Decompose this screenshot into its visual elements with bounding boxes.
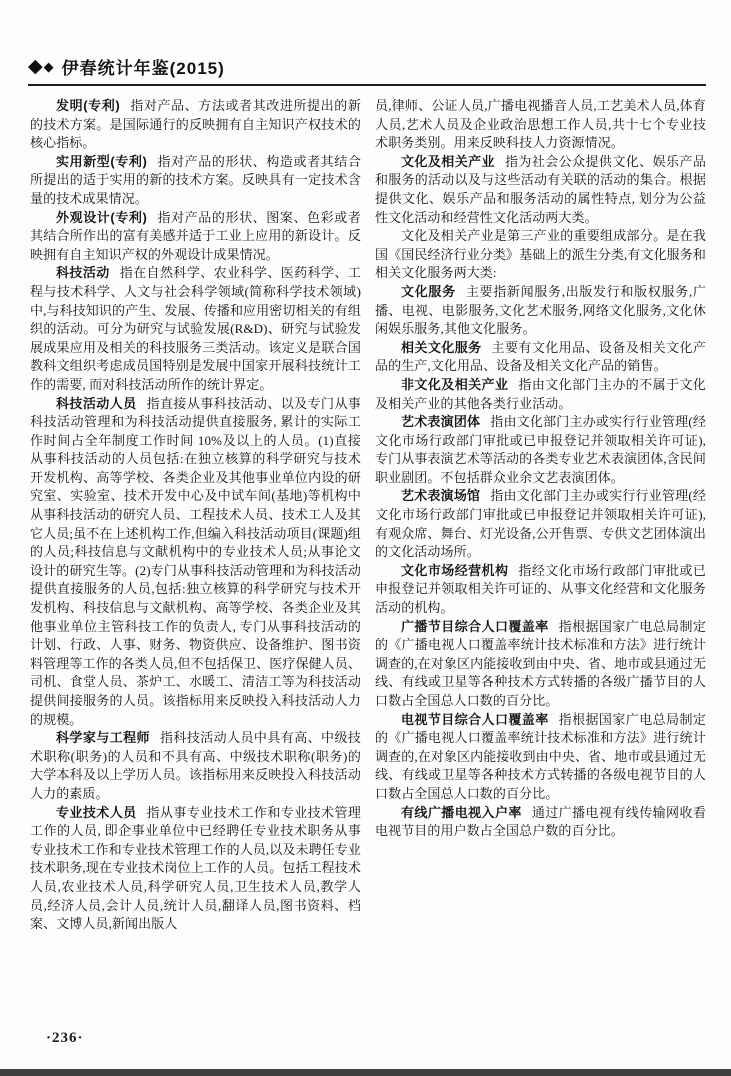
definition-paragraph: 文化服务主要指新闻服务,出版发行和版权服务,广播、电视、电影服务,文化艺术服务,… <box>375 283 706 339</box>
definition-text: 指直接从事科技活动、以及专门从事科技活动管理和为科技活动提供直接服务, 累计的实… <box>30 396 361 727</box>
term-label: 文化及相关产业 <box>401 154 495 169</box>
term-label: 艺术表演场馆 <box>401 488 480 503</box>
header-divider <box>28 84 706 86</box>
definition-paragraph: 实用新型(专利)指对产品的形状、构造或者其结合所提出的适于实用的新的技术方案。反… <box>30 153 361 209</box>
definition-paragraph: 员,律师、公证人员,广播电视播音人员,工艺美术人员,体育人员,艺术人员及企业政治… <box>375 97 706 153</box>
term-label: 非文化及相关产业 <box>401 377 508 392</box>
definition-paragraph: 发明(专利)指对产品、方法或者其改进所提出的新的技术方案。是国际通行的反映拥有自… <box>30 97 361 153</box>
page-title: 伊春统计年鉴(2015) <box>62 54 225 79</box>
definition-paragraph: 相关文化服务主要有文化用品、设备及相关文化产品的生产,文化用品、设备及相关文化产… <box>375 339 706 376</box>
term-label: 广播节目综合人口覆盖率 <box>401 619 549 634</box>
definition-paragraph: 科技活动指在自然科学、农业科学、医药科学、工程与技术科学、人文与社会科学领域(简… <box>30 264 361 394</box>
yearbook-page: ◆ ◆ 伊春统计年鉴(2015) 发明(专利)指对产品、方法或者其改进所提出的新… <box>0 0 731 1076</box>
definition-paragraph: 文化市场经营机构指经文化市场行政部门审批或已申报登记并领取相关许可证的、从事文化… <box>375 562 706 618</box>
definition-paragraph: 广播节目综合人口覆盖率指根据国家广电总局制定的《广播电视人口覆盖率统计技术标准和… <box>375 618 706 711</box>
definition-paragraph: 艺术表演场馆指由文化部门主办或实行行业管理(经文化市场行政部门审批或已申报登记并… <box>375 487 706 561</box>
term-label: 文化市场经营机构 <box>401 563 508 578</box>
term-label: 外观设计(专利) <box>56 210 147 225</box>
definition-paragraph: 专业技术人员指从事专业技术工作和专业技术管理工作的人员, 即企事业单位中已经聘任… <box>30 804 361 934</box>
two-column-body: 发明(专利)指对产品、方法或者其改进所提出的新的技术方案。是国际通行的反映拥有自… <box>30 97 706 934</box>
definition-paragraph: 艺术表演团体指由文化部门主办或实行行业管理(经文化市场行政部门审批或已申报登记并… <box>375 413 706 487</box>
bottom-scan-edge <box>0 1069 731 1076</box>
definition-paragraph: 非文化及相关产业指由文化部门主办的不属于文化及相关产业的其他各类行业活动。 <box>375 376 706 413</box>
left-column: 发明(专利)指对产品、方法或者其改进所提出的新的技术方案。是国际通行的反映拥有自… <box>30 97 361 934</box>
diamond-small-icon: ◆ <box>44 60 54 73</box>
diamond-large-icon: ◆ <box>28 57 43 76</box>
definition-paragraph: 科学家与工程师指科技活动人员中具有高、中级技术职称(职务)的人员和不具有高、中级… <box>30 729 361 803</box>
term-label: 电视节目综合人口覆盖率 <box>401 712 549 727</box>
right-column: 员,律师、公证人员,广播电视播音人员,工艺美术人员,体育人员,艺术人员及企业政治… <box>375 97 706 934</box>
definition-paragraph: 科技活动人员指直接从事科技活动、以及专门从事科技活动管理和为科技活动提供直接服务… <box>30 395 361 730</box>
definition-text: 员,律师、公证人员,广播电视播音人员,工艺美术人员,体育人员,艺术人员及企业政治… <box>375 98 706 150</box>
definition-paragraph: 有线广播电视入户率通过广播电视有线传输网收看电视节目的用户数占全国总户数的百分比… <box>375 804 706 841</box>
page-number: ·236· <box>46 1030 84 1047</box>
definition-paragraph: 外观设计(专利)指对产品的形状、图案、色彩或者其结合所作出的富有美感并适于工业上… <box>30 209 361 265</box>
term-label: 发明(专利) <box>56 98 120 113</box>
definition-text: 指在自然科学、农业科学、医药科学、工程与技术科学、人文与社会科学领域(简称科学技… <box>30 265 361 392</box>
definition-paragraph: 文化及相关产业指为社会公众提供文化、娱乐产品和服务的活动以及与这些活动有关联的活… <box>375 153 706 227</box>
definition-paragraph: 文化及相关产业是第三产业的重要组成部分。是在我国《国民经济行业分类》基础上的派生… <box>375 227 706 283</box>
term-label: 科学家与工程师 <box>56 730 150 745</box>
term-label: 有线广播电视入户率 <box>401 805 522 820</box>
term-label: 实用新型(专利) <box>56 154 147 169</box>
term-label: 文化服务 <box>401 284 456 299</box>
term-label: 专业技术人员 <box>56 805 137 820</box>
term-label: 科技活动人员 <box>56 396 137 411</box>
definition-text: 指从事专业技术工作和专业技术管理工作的人员, 即企事业单位中已经聘任专业技术职务… <box>30 805 361 932</box>
term-label: 艺术表演团体 <box>401 414 480 429</box>
definition-text: 文化及相关产业是第三产业的重要组成部分。是在我国《国民经济行业分类》基础上的派生… <box>375 228 706 280</box>
term-label: 科技活动 <box>56 265 110 280</box>
definition-paragraph: 电视节目综合人口覆盖率指根据国家广电总局制定的《广播电视人口覆盖率统计技术标准和… <box>375 711 706 804</box>
term-label: 相关文化服务 <box>401 340 482 355</box>
page-header: ◆ ◆ 伊春统计年鉴(2015) <box>28 54 225 79</box>
